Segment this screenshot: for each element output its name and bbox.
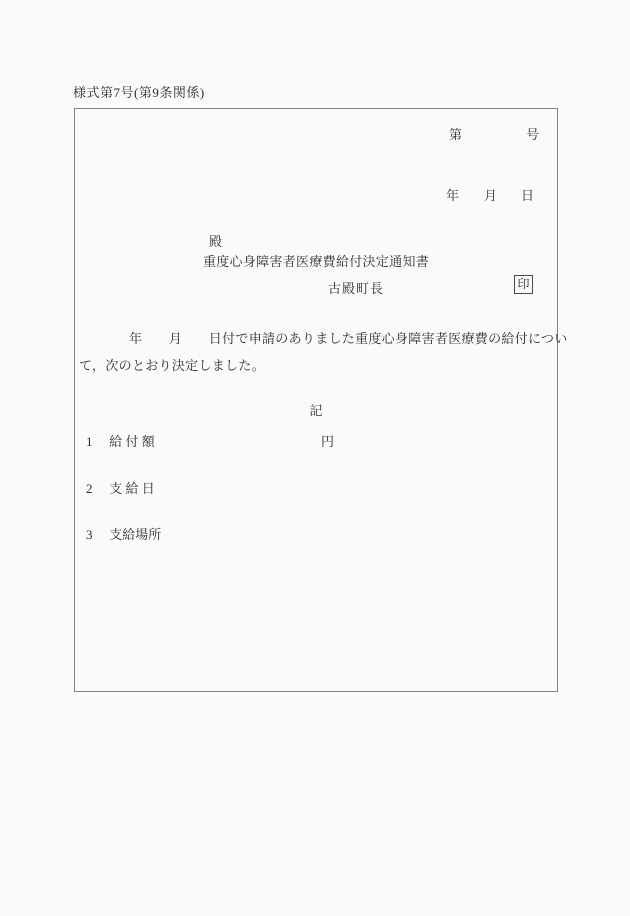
document-title: 重度心身障害者医療費給付決定通知書 bbox=[75, 251, 557, 270]
body-paragraph: 年 月 日付で申請のありました重度心身障害者医療費の給付につい て，次のとおり決… bbox=[79, 325, 555, 379]
form-label: 様式第7号(第9条関係) bbox=[73, 82, 205, 101]
body-line-1: 年 月 日付で申請のありました重度心身障害者医療費の給付につい bbox=[79, 325, 555, 352]
doc-number-prefix: 第 bbox=[449, 124, 462, 143]
item-number: 3 bbox=[86, 527, 106, 543]
issuer-name: 古殿町長 bbox=[328, 278, 384, 297]
record-heading: 記 bbox=[75, 400, 557, 419]
seal-mark: 印 bbox=[514, 275, 533, 294]
body-line-2: て，次のとおり決定しました。 bbox=[79, 352, 555, 379]
item-unit-yen: 円 bbox=[321, 431, 334, 450]
date-year-label: 年 bbox=[446, 185, 459, 204]
item-label: 給 付 額 bbox=[109, 434, 155, 449]
date-month-label: 月 bbox=[484, 185, 497, 204]
payment-place-row: 3 支給場所 bbox=[86, 524, 161, 543]
item-number: 1 bbox=[86, 434, 106, 450]
document-box: 第 号 重度心身障害者医療費給付決定通知書 年 月 日 殿 古殿町長 印 年 月… bbox=[74, 108, 558, 692]
doc-number-suffix: 号 bbox=[526, 124, 539, 143]
document-page: 様式第7号(第9条関係) 第 号 重度心身障害者医療費給付決定通知書 年 月 日… bbox=[0, 0, 630, 916]
benefit-amount-row: 1 給 付 額 円 bbox=[86, 431, 155, 450]
item-number: 2 bbox=[86, 481, 106, 497]
item-label: 支 給 日 bbox=[109, 481, 155, 496]
item-label: 支給場所 bbox=[109, 527, 161, 542]
addressee-honorific: 殿 bbox=[209, 231, 222, 250]
payment-date-row: 2 支 給 日 bbox=[86, 478, 155, 497]
date-day-label: 日 bbox=[521, 185, 534, 204]
